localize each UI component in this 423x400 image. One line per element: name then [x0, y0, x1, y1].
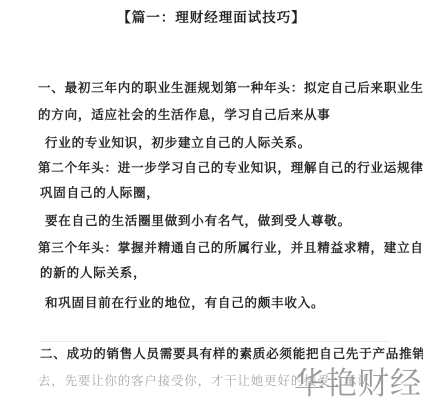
paragraph-line: 的方向，适应社会的生活作息，学习自己后来从事	[38, 105, 331, 123]
paragraph-line: 行业的专业知识，初步建立自己的人际关系。	[45, 133, 311, 151]
paragraph-line: 的新的人际关系，	[40, 263, 146, 281]
paragraph-line: 一、最初三年内的职业生涯规划第一种年头：拟定自己后来职业生涯	[38, 78, 423, 96]
paragraph-line: 二、成功的销售人员需要具有样的素质必须能把自己先于产品推销出	[40, 344, 423, 362]
paragraph-line: 巩固自己的人际圈，	[40, 183, 160, 201]
watermark-text: 华艳财经	[294, 368, 422, 399]
page-title: 【篇一：理财经理面试技巧】	[0, 6, 423, 26]
paragraph-line: 和巩固目前在行业的地位，有自己的颇丰收入。	[45, 293, 324, 311]
paragraph-line: 第三个年头：掌握并精通自己的所属行业，并且精益求精，建立自己	[38, 238, 423, 256]
divider	[40, 341, 390, 342]
paragraph-line: 要在自己的生活圈里做到小有名气，做到受人尊敬。	[45, 211, 351, 229]
paragraph-line: 第二个年头：进一步学习自己的专业知识，理解自己的行业运规律，	[38, 158, 423, 176]
